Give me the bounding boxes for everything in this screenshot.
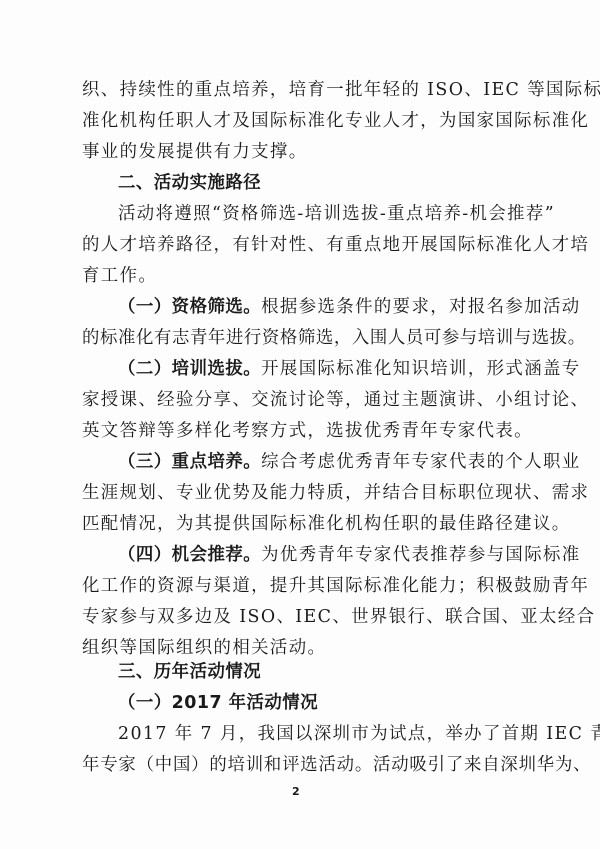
paragraph-line: 化工作的资源与渠道，提升其国际标准化能力；积极鼓励青年 xyxy=(82,576,522,596)
paragraph-line: 专家参与双多边及 ISO、IEC、世界银行、联合国、亚太经合 xyxy=(82,607,522,627)
list-item-first-line: （一）资格筛选。根据参选条件的要求，对报名参加活动 xyxy=(118,297,522,317)
paragraph-line: 生涯规划、专业优势及能力特质，并结合目标职位现状、需求 xyxy=(82,483,522,503)
item-text: 为优秀青年专家代表推荐参与国际标准 xyxy=(261,545,580,565)
paragraph-line: 的标准化有志青年进行资格筛选，入围人员可参与培训与选拔。 xyxy=(82,328,522,348)
item-text: 开展国际标准化知识培训，形式涵盖专 xyxy=(261,359,580,379)
paragraph-line: 组织等国际组织的相关活动。 xyxy=(82,638,522,658)
paragraph-line: 织、持续性的重点培养，培育一批年轻的 ISO、IEC 等国际标 xyxy=(82,80,522,100)
list-item-first-line: （二）培训选拔。开展国际标准化知识培训，形式涵盖专 xyxy=(118,359,522,379)
paragraph-line: 育工作。 xyxy=(82,266,522,286)
paragraph-line: 准化机构任职人才及国际标准化专业人才，为国家国际标准化 xyxy=(82,111,522,131)
page-number: 2 xyxy=(292,785,300,798)
document-page: 织、持续性的重点培养，培育一批年轻的 ISO、IEC 等国际标 准化机构任职人才… xyxy=(0,0,600,849)
section-heading: 二、活动实施路径 xyxy=(118,173,522,193)
item-text: 综合考虑优秀青年专家代表的个人职业 xyxy=(261,452,580,472)
paragraph-line: 年专家（中国）的培训和评选活动。活动吸引了来自深圳华为、 xyxy=(82,755,522,775)
paragraph-line: 活动将遵照“资格筛选-培训选拔-重点培养-机会推荐” xyxy=(118,204,522,224)
paragraph-line: 家授课、经验分享、交流讨论等，通过主题演讲、小组讨论、 xyxy=(82,390,522,410)
subsection-heading: （一）2017 年活动情况 xyxy=(118,693,522,713)
item-lead: （三）重点培养。 xyxy=(118,452,261,472)
item-lead: （一）资格筛选。 xyxy=(118,297,261,317)
paragraph-line: 英文答辩等多样化考察方式，选拔优秀青年专家代表。 xyxy=(82,421,522,441)
paragraph-line: 2017 年 7 月，我国以深圳市为试点，举办了首期 IEC 青 xyxy=(118,724,522,744)
section-heading: 三、历年活动情况 xyxy=(118,662,522,682)
paragraph-line: 事业的发展提供有力支撑。 xyxy=(82,142,522,162)
paragraph-line: 匹配情况，为其提供国际标准化机构任职的最佳路径建议。 xyxy=(82,514,522,534)
item-text: 根据参选条件的要求，对报名参加活动 xyxy=(261,297,580,317)
list-item-first-line: （三）重点培养。综合考虑优秀青年专家代表的个人职业 xyxy=(118,452,522,472)
paragraph-line: 的人才培养路径，有针对性、有重点地开展国际标准化人才培 xyxy=(82,235,522,255)
list-item-first-line: （四）机会推荐。为优秀青年专家代表推荐参与国际标准 xyxy=(118,545,522,565)
item-lead: （四）机会推荐。 xyxy=(118,545,261,565)
item-lead: （二）培训选拔。 xyxy=(118,359,261,379)
